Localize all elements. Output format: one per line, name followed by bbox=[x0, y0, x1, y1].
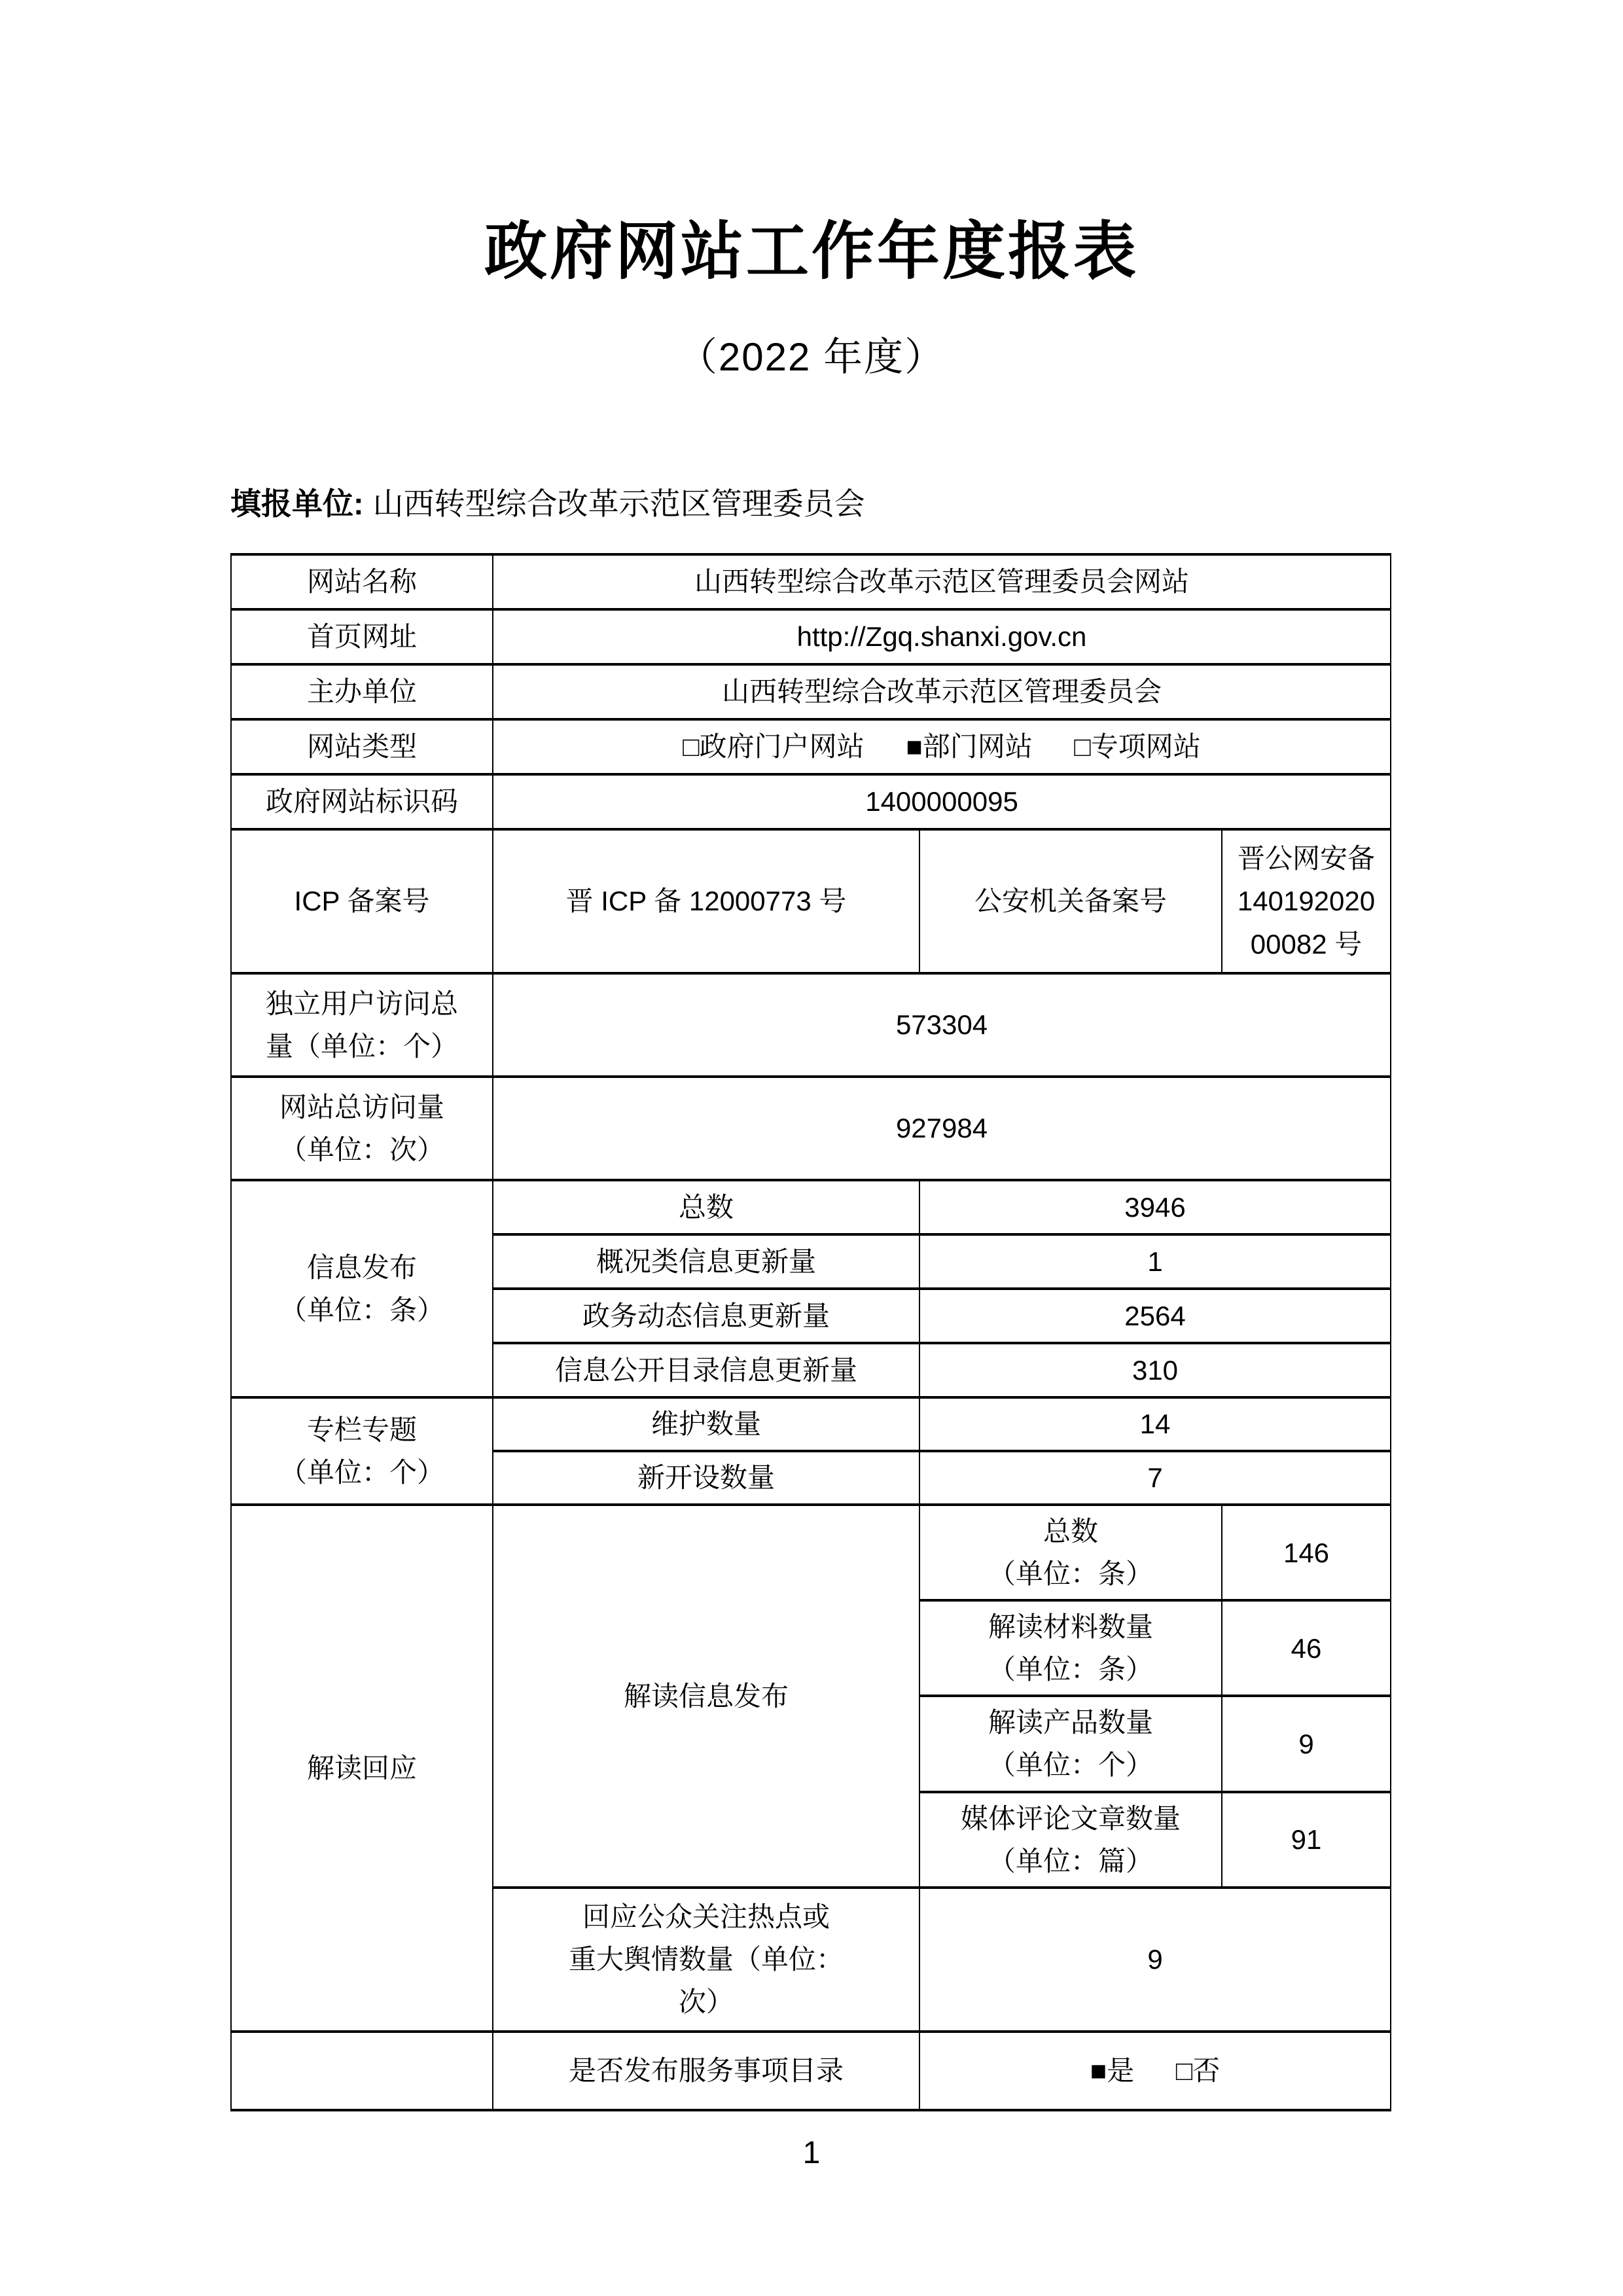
interpret-row-label: 总数 （单位：条） bbox=[919, 1505, 1222, 1600]
info-publish-row-value: 3946 bbox=[919, 1180, 1391, 1234]
table-row: 专栏专题 （单位：个） 维护数量 14 bbox=[231, 1397, 1391, 1451]
page-subtitle: （2022 年度） bbox=[0, 326, 1623, 382]
table-row: 主办单位 山西转型综合改革示范区管理委员会 bbox=[231, 664, 1391, 719]
police-record-label: 公安机关备案号 bbox=[919, 829, 1222, 973]
reporting-unit-line: 填报单位:山西转型综合改革示范区管理委员会 bbox=[230, 486, 865, 522]
site-id-value: 1400000095 bbox=[493, 774, 1391, 829]
info-publish-row-label: 信息公开目录信息更新量 bbox=[493, 1343, 919, 1397]
checkbox-checked-icon: ■ bbox=[906, 731, 922, 762]
unique-visitors-value: 573304 bbox=[493, 973, 1391, 1077]
info-publish-row-value: 310 bbox=[919, 1343, 1391, 1397]
page-title: 政府网站工作年度报表 bbox=[0, 0, 1623, 288]
columns-topics-row-label: 维护数量 bbox=[493, 1397, 919, 1451]
site-type-option-department: ■部门网站 bbox=[906, 731, 1032, 762]
columns-topics-row-value: 7 bbox=[919, 1451, 1391, 1505]
organizer-value: 山西转型综合改革示范区管理委员会 bbox=[493, 664, 1391, 719]
interpret-response-group-label: 解读回应 bbox=[231, 1505, 493, 2032]
icp-label: ICP 备案号 bbox=[231, 829, 493, 973]
service-catalog-options: ■是 □否 bbox=[919, 2032, 1391, 2110]
reporting-unit-label: 填报单位: bbox=[230, 486, 364, 521]
option-label: 政府门户网站 bbox=[700, 731, 865, 762]
interpret-publish-label: 解读信息发布 bbox=[493, 1505, 919, 1888]
site-name-label: 网站名称 bbox=[231, 554, 493, 609]
site-id-label: 政府网站标识码 bbox=[231, 774, 493, 829]
total-visits-label: 网站总访问量 （单位：次） bbox=[231, 1077, 493, 1180]
interpret-row-value: 146 bbox=[1222, 1505, 1391, 1600]
table-row: 首页网址 http://Zgq.shanxi.gov.cn bbox=[231, 609, 1391, 664]
columns-topics-group-label: 专栏专题 （单位：个） bbox=[231, 1397, 493, 1505]
hotspot-response-value: 9 bbox=[919, 1888, 1391, 2032]
organizer-label: 主办单位 bbox=[231, 664, 493, 719]
checkbox-unchecked-icon: □ bbox=[1074, 731, 1090, 762]
site-name-value: 山西转型综合改革示范区管理委员会网站 bbox=[493, 554, 1391, 609]
interpret-row-label: 媒体评论文章数量 （单位：篇） bbox=[919, 1792, 1222, 1888]
info-publish-row-label: 政务动态信息更新量 bbox=[493, 1289, 919, 1343]
hotspot-response-label: 回应公众关注热点或 重大舆情数量（单位： 次） bbox=[493, 1888, 919, 2032]
site-type-options: □政府门户网站 ■部门网站 □专项网站 bbox=[493, 719, 1391, 774]
home-url-label: 首页网址 bbox=[231, 609, 493, 664]
total-visits-value: 927984 bbox=[493, 1077, 1391, 1180]
table-row: 网站名称 山西转型综合改革示范区管理委员会网站 bbox=[231, 554, 1391, 609]
table-row: 是否发布服务事项目录 ■是 □否 bbox=[231, 2032, 1391, 2110]
option-label: 专项网站 bbox=[1091, 731, 1201, 762]
option-label: 是 bbox=[1107, 2055, 1134, 2086]
checkbox-checked-icon: ■ bbox=[1090, 2055, 1107, 2086]
annual-report-table: 网站名称 山西转型综合改革示范区管理委员会网站 首页网址 http://Zgq.… bbox=[230, 553, 1391, 2111]
info-publish-group-label: 信息发布 （单位：条） bbox=[231, 1180, 493, 1397]
info-publish-row-label: 概况类信息更新量 bbox=[493, 1234, 919, 1289]
checkbox-unchecked-icon: □ bbox=[1176, 2055, 1192, 2086]
columns-topics-row-label: 新开设数量 bbox=[493, 1451, 919, 1505]
table-row: 网站总访问量 （单位：次） 927984 bbox=[231, 1077, 1391, 1180]
checkbox-unchecked-icon: □ bbox=[683, 731, 699, 762]
columns-topics-row-value: 14 bbox=[919, 1397, 1391, 1451]
service-catalog-option-yes: ■是 bbox=[1090, 2055, 1134, 2086]
site-type-option-portal: □政府门户网站 bbox=[683, 731, 864, 762]
interpret-row-value: 9 bbox=[1222, 1696, 1391, 1791]
info-publish-row-label: 总数 bbox=[493, 1180, 919, 1234]
table-row: 信息发布 （单位：条） 总数 3946 bbox=[231, 1180, 1391, 1234]
interpret-row-value: 91 bbox=[1222, 1792, 1391, 1888]
interpret-row-label: 解读产品数量 （单位：个） bbox=[919, 1696, 1222, 1791]
icp-value: 晋 ICP 备 12000773 号 bbox=[493, 829, 919, 973]
page-number: 1 bbox=[0, 2135, 1623, 2171]
site-type-label: 网站类型 bbox=[231, 719, 493, 774]
reporting-unit-value: 山西转型综合改革示范区管理委员会 bbox=[373, 486, 865, 521]
service-catalog-option-no: □否 bbox=[1176, 2055, 1220, 2086]
interpret-row-value: 46 bbox=[1222, 1600, 1391, 1696]
home-url-value: http://Zgq.shanxi.gov.cn bbox=[493, 609, 1391, 664]
table-row: ICP 备案号 晋 ICP 备 12000773 号 公安机关备案号 晋公网安备… bbox=[231, 829, 1391, 973]
interpret-row-label: 解读材料数量 （单位：条） bbox=[919, 1600, 1222, 1696]
option-label: 部门网站 bbox=[923, 731, 1033, 762]
table-row: 解读回应 解读信息发布 总数 （单位：条） 146 bbox=[231, 1505, 1391, 1600]
info-publish-row-value: 1 bbox=[919, 1234, 1391, 1289]
police-record-value: 晋公网安备 140192020 00082 号 bbox=[1222, 829, 1391, 973]
empty-group-cell bbox=[231, 2032, 493, 2110]
table-row: 独立用户访问总 量（单位：个） 573304 bbox=[231, 973, 1391, 1077]
unique-visitors-label: 独立用户访问总 量（单位：个） bbox=[231, 973, 493, 1077]
site-type-option-special: □专项网站 bbox=[1074, 731, 1200, 762]
table-row: 网站类型 □政府门户网站 ■部门网站 □专项网站 bbox=[231, 719, 1391, 774]
info-publish-row-value: 2564 bbox=[919, 1289, 1391, 1343]
service-catalog-label: 是否发布服务事项目录 bbox=[493, 2032, 919, 2110]
option-label: 否 bbox=[1192, 2055, 1220, 2086]
table-row: 政府网站标识码 1400000095 bbox=[231, 774, 1391, 829]
